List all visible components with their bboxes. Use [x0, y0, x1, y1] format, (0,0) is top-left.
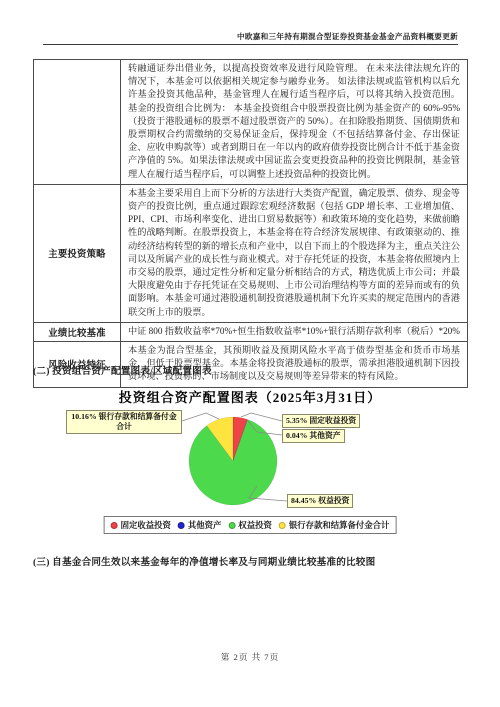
legend-item-权益投资: 权益投资 [228, 519, 272, 531]
row-content-benchmark: 中证 800 指数收益率*70%+恒生指数收益率*10%+银行活期存款利率（税后… [121, 322, 468, 341]
fund-info-table: 转融通证券出借业务，以提高投资效率及进行风险管理。 在未来法律法规允许的情况下，… [33, 59, 468, 388]
legend-dot-icon [111, 522, 118, 529]
callout-fixed-income: 5.35% 固定收益投资 [282, 414, 360, 428]
pie-chart-legend: 固定收益投资其他资产权益投资银行存款和结算备付金合计 [104, 516, 397, 534]
table-row-main-strategy: 主要投资策略 本基金主要采用自上而下分析的方法进行大类资产配置，确定股票、债券、… [34, 184, 468, 322]
row-label-empty [34, 60, 121, 185]
callout-other-assets: 0.04% 其他资产 [282, 429, 345, 443]
table-row-investment-scope-continued: 转融通证券出借业务，以提高投资效率及进行风险管理。 在未来法律法规允许的情况下，… [34, 60, 468, 185]
footer-page-number: 第 2页 共 7页 [0, 651, 500, 663]
asset-allocation-chart: 投资组合资产配置图表（2025年3月31日） 10.16% 银行存款和结算备付金… [0, 383, 500, 551]
callout-equity: 84.45% 权益投资 [287, 494, 353, 508]
row-content-main-strategy: 本基金主要采用自上而下分析的方法进行大类资产配置，确定股票、债券、现金等资产的投… [121, 184, 468, 322]
legend-item-固定收益投资: 固定收益投资 [111, 519, 171, 531]
table-row-benchmark: 业绩比较基准 中证 800 指数收益率*70%+恒生指数收益率*10%+银行活期… [34, 322, 468, 341]
legend-label: 银行存款和结算备付金合计 [289, 519, 390, 531]
section-heading-annual-return-comparison: (三) 自基金合同生效以来基金每年的净值增长率及与同期业绩比较基准的比较图 [33, 554, 473, 568]
legend-item-银行存款和结算备付金合计: 银行存款和结算备付金合计 [279, 519, 390, 531]
row-content-investment-scope: 转融通证券出借业务，以提高投资效率及进行风险管理。 在未来法律法规允许的情况下，… [121, 60, 468, 185]
legend-label: 其他资产 [188, 519, 222, 531]
legend-label: 权益投资 [238, 519, 272, 531]
pie-slices-group [189, 417, 277, 505]
legend-dot-icon [279, 522, 286, 529]
legend-label: 固定收益投资 [121, 519, 171, 531]
row-label-main-strategy: 主要投资策略 [34, 184, 121, 322]
legend-dot-icon [228, 522, 235, 529]
document-header-title: 中欧嘉和三年持有期混合型证券投资基金基金产品资料概要更新 [43, 31, 458, 45]
row-label-benchmark: 业绩比较基准 [34, 322, 121, 341]
leader-line-bank-deposits [182, 413, 219, 421]
section-heading-portfolio-allocation: (二) 投资组合资产配置图表/区域配置图表 [33, 363, 212, 377]
legend-dot-icon [178, 522, 185, 529]
callout-bank-deposits: 10.16% 银行存款和结算备付金合计 [66, 410, 182, 434]
document-page: 中欧嘉和三年持有期混合型证券投资基金基金产品资料概要更新 转融通证券出借业务，以… [0, 0, 500, 707]
legend-item-其他资产: 其他资产 [178, 519, 222, 531]
